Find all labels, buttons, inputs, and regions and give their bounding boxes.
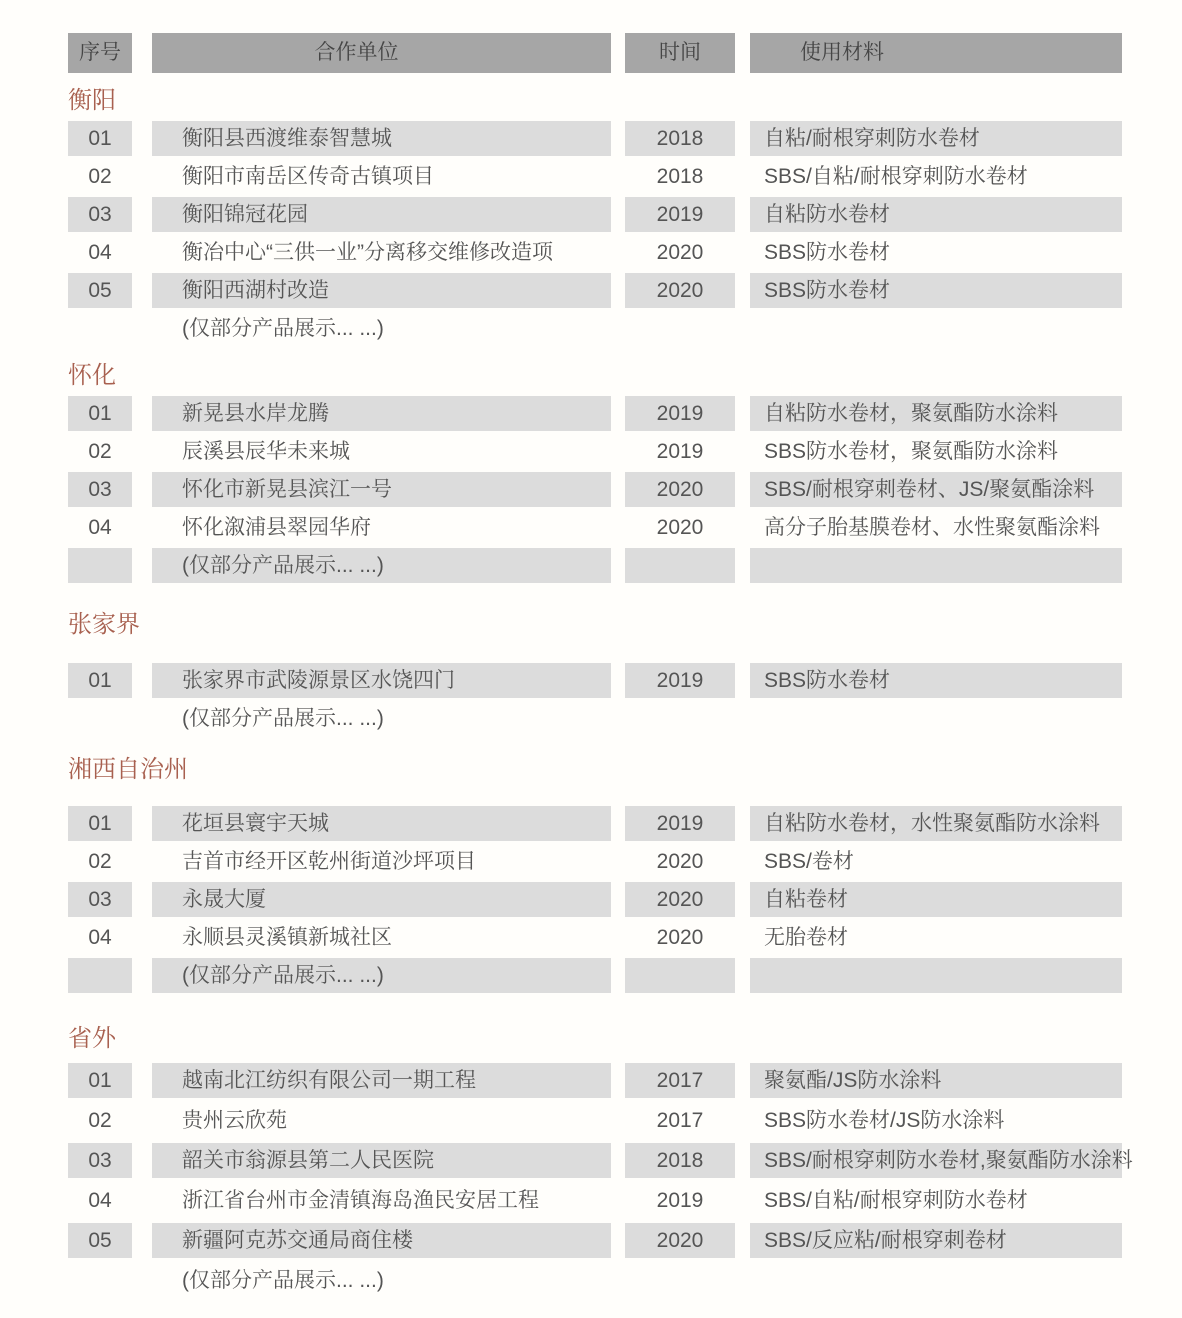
table-row: 04永顺县灵溪镇新城社区2020无胎卷材 [68,920,1182,955]
partial-display-note-row: (仅部分产品展示... ...) [68,548,1182,583]
table-header-row: 序号 合作单位 时间 使用材料 [68,33,1182,73]
material-cell: 自粘防水卷材，聚氨酯防水涂料 [750,396,1122,431]
table-row: 05新疆阿克苏交通局商住楼2020SBS/反应粘/耐根穿刺卷材 [68,1223,1182,1258]
material-cell: SBS/卷材 [750,844,1122,879]
section-3: 张家界01张家界市武陵源景区水饶四门2019SBS防水卷材(仅部分产品展示...… [68,611,1182,736]
table-row: 02辰溪县辰华未来城2019SBS防水卷材，聚氨酯防水涂料 [68,434,1182,469]
partial-display-note: (仅部分产品展示... ...) [152,311,611,346]
partial-display-note: (仅部分产品展示... ...) [152,548,611,583]
year-cell: 2018 [625,121,735,156]
serial-number-cell: 01 [68,806,132,841]
header-material: 使用材料 [750,33,1122,73]
material-cell: 自粘/耐根穿刺防水卷材 [750,121,1122,156]
table-body: 衡阳01衡阳县西渡维泰智慧城2018自粘/耐根穿刺防水卷材02衡阳市南岳区传奇古… [68,87,1182,1298]
partner-unit-cell: 衡阳锦冠花园 [152,197,611,232]
header-serial-number: 序号 [68,33,132,73]
year-cell: 2020 [625,273,735,308]
serial-number-cell [68,1263,132,1298]
partner-unit-cell: 越南北江纺织有限公司一期工程 [152,1063,611,1098]
partner-unit-cell: 衡冶中心“三供一业”分离移交维修改造项 [152,235,611,270]
partner-unit-cell: 贵州云欣苑 [152,1103,611,1138]
partner-unit-cell: 新晃县水岸龙腾 [152,396,611,431]
material-cell: 自粘防水卷材 [750,197,1122,232]
material-cell: SBS防水卷材 [750,235,1122,270]
table-row: 01衡阳县西渡维泰智慧城2018自粘/耐根穿刺防水卷材 [68,121,1182,156]
serial-number-cell [68,311,132,346]
year-cell [625,958,735,993]
partner-unit-cell: 怀化市新晃县滨江一号 [152,472,611,507]
serial-number-cell: 01 [68,663,132,698]
partner-unit-cell: 辰溪县辰华未来城 [152,434,611,469]
serial-number-cell: 02 [68,434,132,469]
section-5: 省外01越南北江纺织有限公司一期工程2017聚氨酯/JS防水涂料02贵州云欣苑2… [68,1025,1182,1298]
serial-number-cell [68,701,132,736]
material-cell: 高分子胎基膜卷材、水性聚氨酯涂料 [750,510,1122,545]
section-title: 衡阳 [68,87,1182,115]
serial-number-cell: 03 [68,882,132,917]
material-cell: SBS防水卷材，聚氨酯防水涂料 [750,434,1122,469]
material-cell [750,548,1122,583]
material-cell: 自粘防水卷材，水性聚氨酯防水涂料 [750,806,1122,841]
serial-number-cell: 02 [68,1103,132,1138]
year-cell: 2019 [625,396,735,431]
material-cell: 聚氨酯/JS防水涂料 [750,1063,1122,1098]
section-title: 怀化 [68,362,1182,390]
year-cell: 2020 [625,472,735,507]
partner-unit-cell: 衡阳西湖村改造 [152,273,611,308]
material-cell [750,1263,1122,1298]
serial-number-cell: 05 [68,273,132,308]
table-row: 02衡阳市南岳区传奇古镇项目2018SBS/自粘/耐根穿刺防水卷材 [68,159,1182,194]
partner-unit-cell: 花垣县寰宇天城 [152,806,611,841]
partner-unit-cell: 浙江省台州市金清镇海岛渔民安居工程 [152,1183,611,1218]
serial-number-cell: 02 [68,159,132,194]
section-1: 衡阳01衡阳县西渡维泰智慧城2018自粘/耐根穿刺防水卷材02衡阳市南岳区传奇古… [68,87,1182,346]
serial-number-cell [68,548,132,583]
section-rows: 01新晃县水岸龙腾2019自粘防水卷材，聚氨酯防水涂料02辰溪县辰华未来城201… [68,396,1182,583]
partner-unit-cell: 张家界市武陵源景区水饶四门 [152,663,611,698]
table-row: 04浙江省台州市金清镇海岛渔民安居工程2019SBS/自粘/耐根穿刺防水卷材 [68,1183,1182,1218]
partial-display-note-row: (仅部分产品展示... ...) [68,701,1182,736]
section-4: 湘西自治州01花垣县寰宇天城2019自粘防水卷材，水性聚氨酯防水涂料02吉首市经… [68,756,1182,993]
table-row: 03韶关市翁源县第二人民医院2018SBS/耐根穿刺防水卷材,聚氨酯防水涂料 [68,1143,1182,1178]
partner-unit-cell: 怀化溆浦县翠园华府 [152,510,611,545]
partial-display-note-row: (仅部分产品展示... ...) [68,958,1182,993]
year-cell [625,1263,735,1298]
material-cell: SBS/反应粘/耐根穿刺卷材 [750,1223,1122,1258]
section-title: 张家界 [68,611,1182,639]
partial-display-note-row: (仅部分产品展示... ...) [68,311,1182,346]
table-row: 04衡冶中心“三供一业”分离移交维修改造项2020SBS防水卷材 [68,235,1182,270]
table-row: 03永晟大厦2020自粘卷材 [68,882,1182,917]
year-cell: 2019 [625,663,735,698]
year-cell [625,548,735,583]
table-row: 03怀化市新晃县滨江一号2020SBS/耐根穿刺卷材、JS/聚氨酯涂料 [68,472,1182,507]
partner-unit-cell: 韶关市翁源县第二人民医院 [152,1143,611,1178]
serial-number-cell: 01 [68,121,132,156]
section-title: 省外 [68,1025,1182,1053]
year-cell: 2020 [625,844,735,879]
material-cell: SBS/自粘/耐根穿刺防水卷材 [750,159,1122,194]
section-rows: 01张家界市武陵源景区水饶四门2019SBS防水卷材(仅部分产品展示... ..… [68,663,1182,736]
partner-unit-cell: 衡阳市南岳区传奇古镇项目 [152,159,611,194]
table-row: 02贵州云欣苑2017SBS防水卷材/JS防水涂料 [68,1103,1182,1138]
year-cell: 2019 [625,434,735,469]
table-row: 01越南北江纺织有限公司一期工程2017聚氨酯/JS防水涂料 [68,1063,1182,1098]
partial-display-note: (仅部分产品展示... ...) [152,1263,611,1298]
year-cell: 2019 [625,806,735,841]
table-row: 01新晃县水岸龙腾2019自粘防水卷材，聚氨酯防水涂料 [68,396,1182,431]
year-cell: 2020 [625,510,735,545]
partner-unit-cell: 永顺县灵溪镇新城社区 [152,920,611,955]
table-row: 02吉首市经开区乾州街道沙坪项目2020SBS/卷材 [68,844,1182,879]
year-cell: 2020 [625,1223,735,1258]
material-cell: SBS防水卷材 [750,663,1122,698]
serial-number-cell: 05 [68,1223,132,1258]
serial-number-cell: 04 [68,510,132,545]
year-cell: 2018 [625,159,735,194]
year-cell: 2020 [625,920,735,955]
section-rows: 01花垣县寰宇天城2019自粘防水卷材，水性聚氨酯防水涂料02吉首市经开区乾州街… [68,806,1182,993]
year-cell: 2018 [625,1143,735,1178]
partner-unit-cell: 吉首市经开区乾州街道沙坪项目 [152,844,611,879]
material-cell: SBS/耐根穿刺卷材、JS/聚氨酯涂料 [750,472,1122,507]
material-cell [750,958,1122,993]
serial-number-cell: 01 [68,396,132,431]
section-rows: 01越南北江纺织有限公司一期工程2017聚氨酯/JS防水涂料02贵州云欣苑201… [68,1063,1182,1298]
section-rows: 01衡阳县西渡维泰智慧城2018自粘/耐根穿刺防水卷材02衡阳市南岳区传奇古镇项… [68,121,1182,346]
partner-unit-cell: 永晟大厦 [152,882,611,917]
partner-unit-cell: 新疆阿克苏交通局商住楼 [152,1223,611,1258]
serial-number-cell [68,958,132,993]
material-cell: SBS/自粘/耐根穿刺防水卷材 [750,1183,1122,1218]
partial-display-note-row: (仅部分产品展示... ...) [68,1263,1182,1298]
material-cell: 自粘卷材 [750,882,1122,917]
serial-number-cell: 04 [68,1183,132,1218]
year-cell: 2017 [625,1063,735,1098]
year-cell: 2020 [625,235,735,270]
serial-number-cell: 04 [68,235,132,270]
header-partner-unit: 合作单位 [152,33,611,73]
partial-display-note: (仅部分产品展示... ...) [152,701,611,736]
table-row: 04怀化溆浦县翠园华府2020高分子胎基膜卷材、水性聚氨酯涂料 [68,510,1182,545]
header-time: 时间 [625,33,735,73]
material-cell: SBS防水卷材/JS防水涂料 [750,1103,1122,1138]
year-cell [625,311,735,346]
table-row: 03衡阳锦冠花园2019自粘防水卷材 [68,197,1182,232]
partner-projects-page: 序号 合作单位 时间 使用材料 衡阳01衡阳县西渡维泰智慧城2018自粘/耐根穿… [0,0,1182,1318]
section-2: 怀化01新晃县水岸龙腾2019自粘防水卷材，聚氨酯防水涂料02辰溪县辰华未来城2… [68,362,1182,583]
year-cell: 2020 [625,882,735,917]
material-cell [750,701,1122,736]
table-row: 01张家界市武陵源景区水饶四门2019SBS防水卷材 [68,663,1182,698]
partner-unit-cell: 衡阳县西渡维泰智慧城 [152,121,611,156]
serial-number-cell: 03 [68,1143,132,1178]
serial-number-cell: 03 [68,197,132,232]
year-cell: 2019 [625,197,735,232]
year-cell [625,701,735,736]
serial-number-cell: 03 [68,472,132,507]
year-cell: 2019 [625,1183,735,1218]
material-cell: SBS防水卷材 [750,273,1122,308]
serial-number-cell: 02 [68,844,132,879]
material-cell: SBS/耐根穿刺防水卷材,聚氨酯防水涂料 [750,1143,1122,1178]
material-cell [750,311,1122,346]
serial-number-cell: 04 [68,920,132,955]
table-row: 05衡阳西湖村改造2020SBS防水卷材 [68,273,1182,308]
serial-number-cell: 01 [68,1063,132,1098]
partial-display-note: (仅部分产品展示... ...) [152,958,611,993]
year-cell: 2017 [625,1103,735,1138]
material-cell: 无胎卷材 [750,920,1122,955]
table-row: 01花垣县寰宇天城2019自粘防水卷材，水性聚氨酯防水涂料 [68,806,1182,841]
section-title: 湘西自治州 [68,756,1182,784]
